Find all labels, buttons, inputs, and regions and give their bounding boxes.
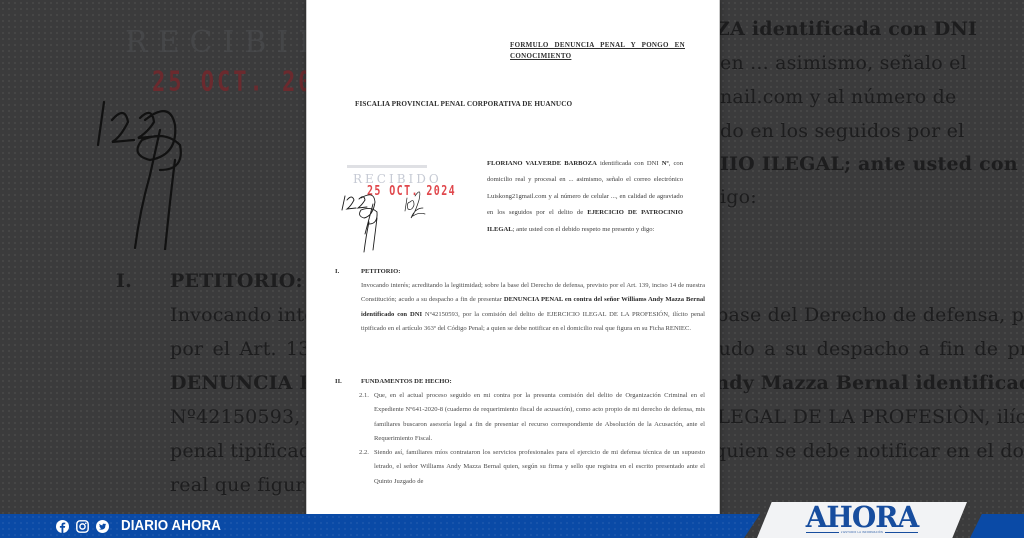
section-title: FUNDAMENTOS DE HECHO: (361, 375, 452, 389)
list-item: 2.2. Siendo así, familiares míos contrat… (359, 446, 705, 489)
document-page: FORMULO DENUNCIA PENAL Y PONGO EN CONOCI… (306, 0, 720, 538)
twitter-icon[interactable] (95, 519, 109, 533)
section-body: Invocando interés; acreditando la legiti… (361, 279, 705, 336)
addressee: FISCALIA PROVINCIAL PENAL CORPORATIVA DE… (355, 100, 572, 108)
section-fundamentos: II. FUNDAMENTOS DE HECHO: 2.1. Que, en e… (335, 375, 705, 515)
section-title: PETITORIO: (361, 265, 400, 279)
handwritten-signature (307, 178, 427, 253)
social-links: DIARIO AHORA (55, 518, 230, 534)
list-item: 2.1. Que, en el actual proceso seguido e… (359, 389, 705, 446)
instagram-icon[interactable] (75, 519, 89, 533)
bg-signature (90, 100, 230, 250)
facebook-icon[interactable] (55, 519, 69, 533)
section-items: 2.1. Que, en el actual proceso seguido e… (359, 389, 705, 489)
section-number: II. (335, 375, 342, 389)
intro-paragraph: FLORIANO VALVERDE BARBOZA identificada c… (487, 156, 683, 238)
stamp-header-line (347, 165, 427, 168)
logo-tagline: L'ESTUDIO LA INFORMACIÓN (806, 531, 918, 533)
section-number: I. (335, 265, 339, 279)
brand-name: DIARIO AHORA (121, 518, 221, 534)
section-petitorio: I. PETITORIO: Invocando interés; acredit… (335, 265, 705, 375)
document-heading: FORMULO DENUNCIA PENAL Y PONGO EN CONOCI… (510, 40, 685, 62)
